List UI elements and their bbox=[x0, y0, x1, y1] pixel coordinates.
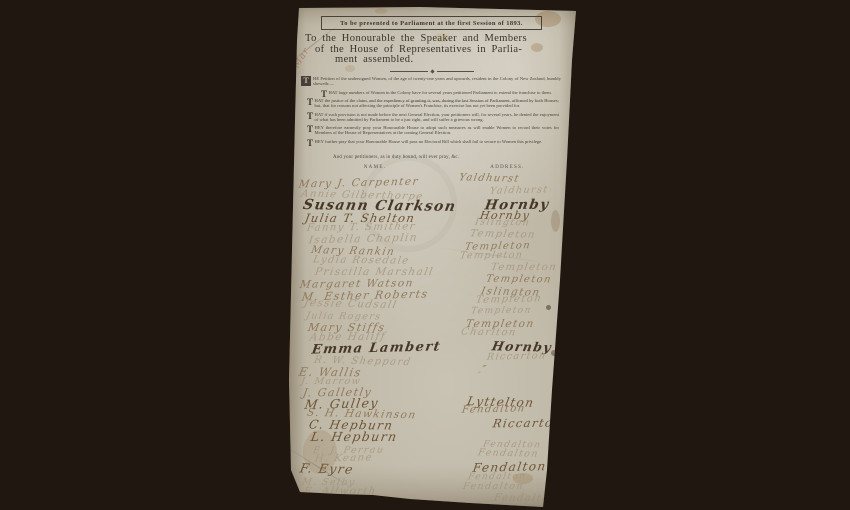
photograph-background: To be presented to Parliament at the fir… bbox=[0, 0, 850, 510]
petition-sheet: To be presented to Parliament at the fir… bbox=[285, 5, 580, 510]
signature-name: M. H. Denniston bbox=[305, 496, 416, 509]
paper-edge-shading bbox=[285, 5, 580, 510]
